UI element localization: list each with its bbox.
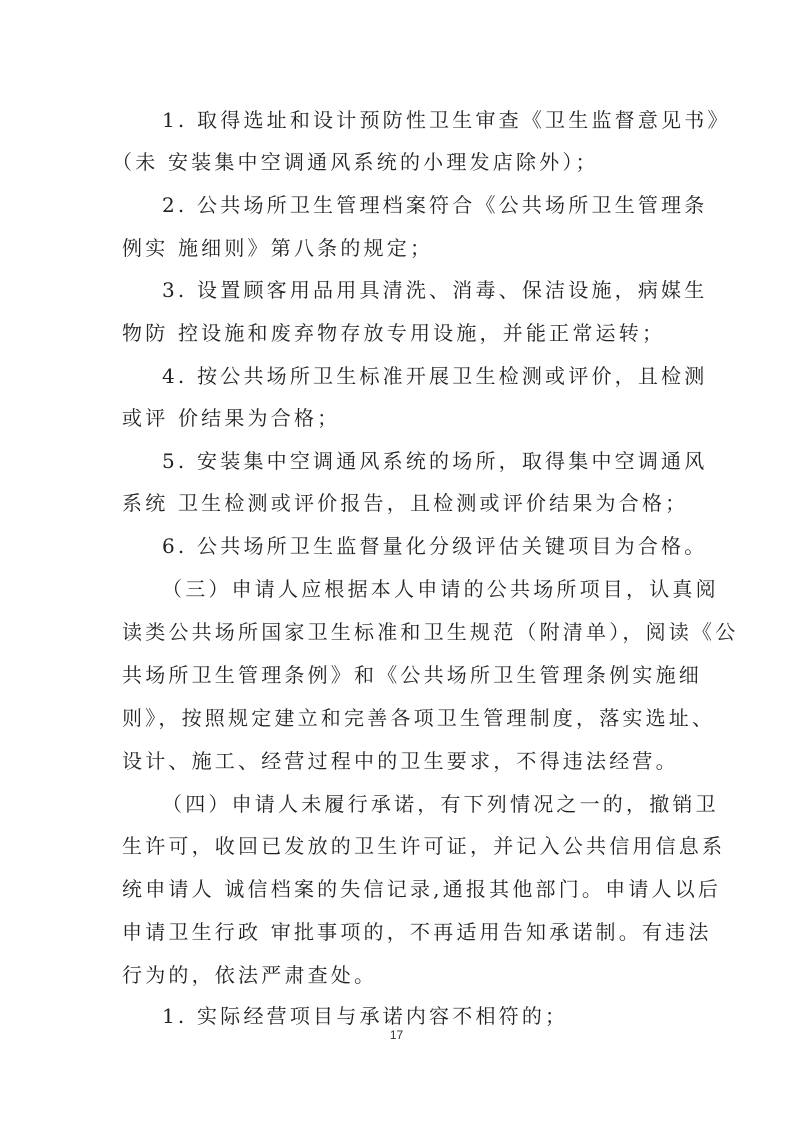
text-line: （四）申请人未履行承诺，有下列情况之一的，撤销卫 — [162, 789, 682, 819]
text-line: 生许可，收回已发放的卫生许可证，并记入公共信用信息系 — [122, 831, 682, 861]
text-line: 统申请人 诚信档案的失信记录,通报其他部门。申请人以后 — [122, 874, 682, 904]
text-line: 例实 施细则》第八条的规定； — [122, 233, 682, 263]
text-line: （未 安装集中空调通风系统的小理发店除外）； — [112, 147, 672, 177]
text-line: 6. 公共场所卫生监督量化分级评估关键项目为合格。 — [162, 531, 682, 561]
text-line: 则》，按照规定建立和完善各项卫生管理制度，落实选址、 — [122, 703, 682, 733]
text-line: 1. 取得选址和设计预防性卫生审查《卫生监督意见书》 — [162, 105, 682, 135]
text-line: 设计、施工、经营过程中的卫生要求，不得违法经营。 — [122, 746, 682, 776]
text-line: 物防 控设施和废弃物存放专用设施，并能正常运转； — [122, 318, 682, 348]
text-line: 3. 设置顾客用品用具清洗、消毒、保洁设施，病媒生 — [162, 275, 682, 305]
document-page: 1. 取得选址和设计预防性卫生审查《卫生监督意见书》 （未 安装集中空调通风系统… — [0, 0, 793, 1122]
text-line: 1. 实际经营项目与承诺内容不相符的； — [162, 1001, 682, 1031]
text-line: 5. 安装集中空调通风系统的场所，取得集中空调通风 — [162, 446, 682, 476]
text-line: 行为的，依法严肃查处。 — [122, 960, 682, 990]
text-line: 共场所卫生管理条例》和《公共场所卫生管理条例实施细 — [122, 660, 682, 690]
text-line: 读类公共场所国家卫生标准和卫生规范（附清单），阅读《公 — [122, 617, 682, 647]
text-line: 2. 公共场所卫生管理档案符合《公共场所卫生管理条 — [162, 190, 682, 220]
page-number: 17 — [0, 1028, 793, 1042]
text-line: 或评 价结果为合格； — [122, 403, 682, 433]
text-line: （三）申请人应根据本人申请的公共场所项目，认真阅 — [162, 574, 682, 604]
text-line: 系统 卫生检测或评价报告，且检测或评价结果为合格； — [122, 488, 682, 518]
text-line: 申请卫生行政 审批事项的，不再适用告知承诺制。有违法 — [122, 917, 682, 947]
text-line: 4. 按公共场所卫生标准开展卫生检测或评价，且检测 — [162, 361, 682, 391]
